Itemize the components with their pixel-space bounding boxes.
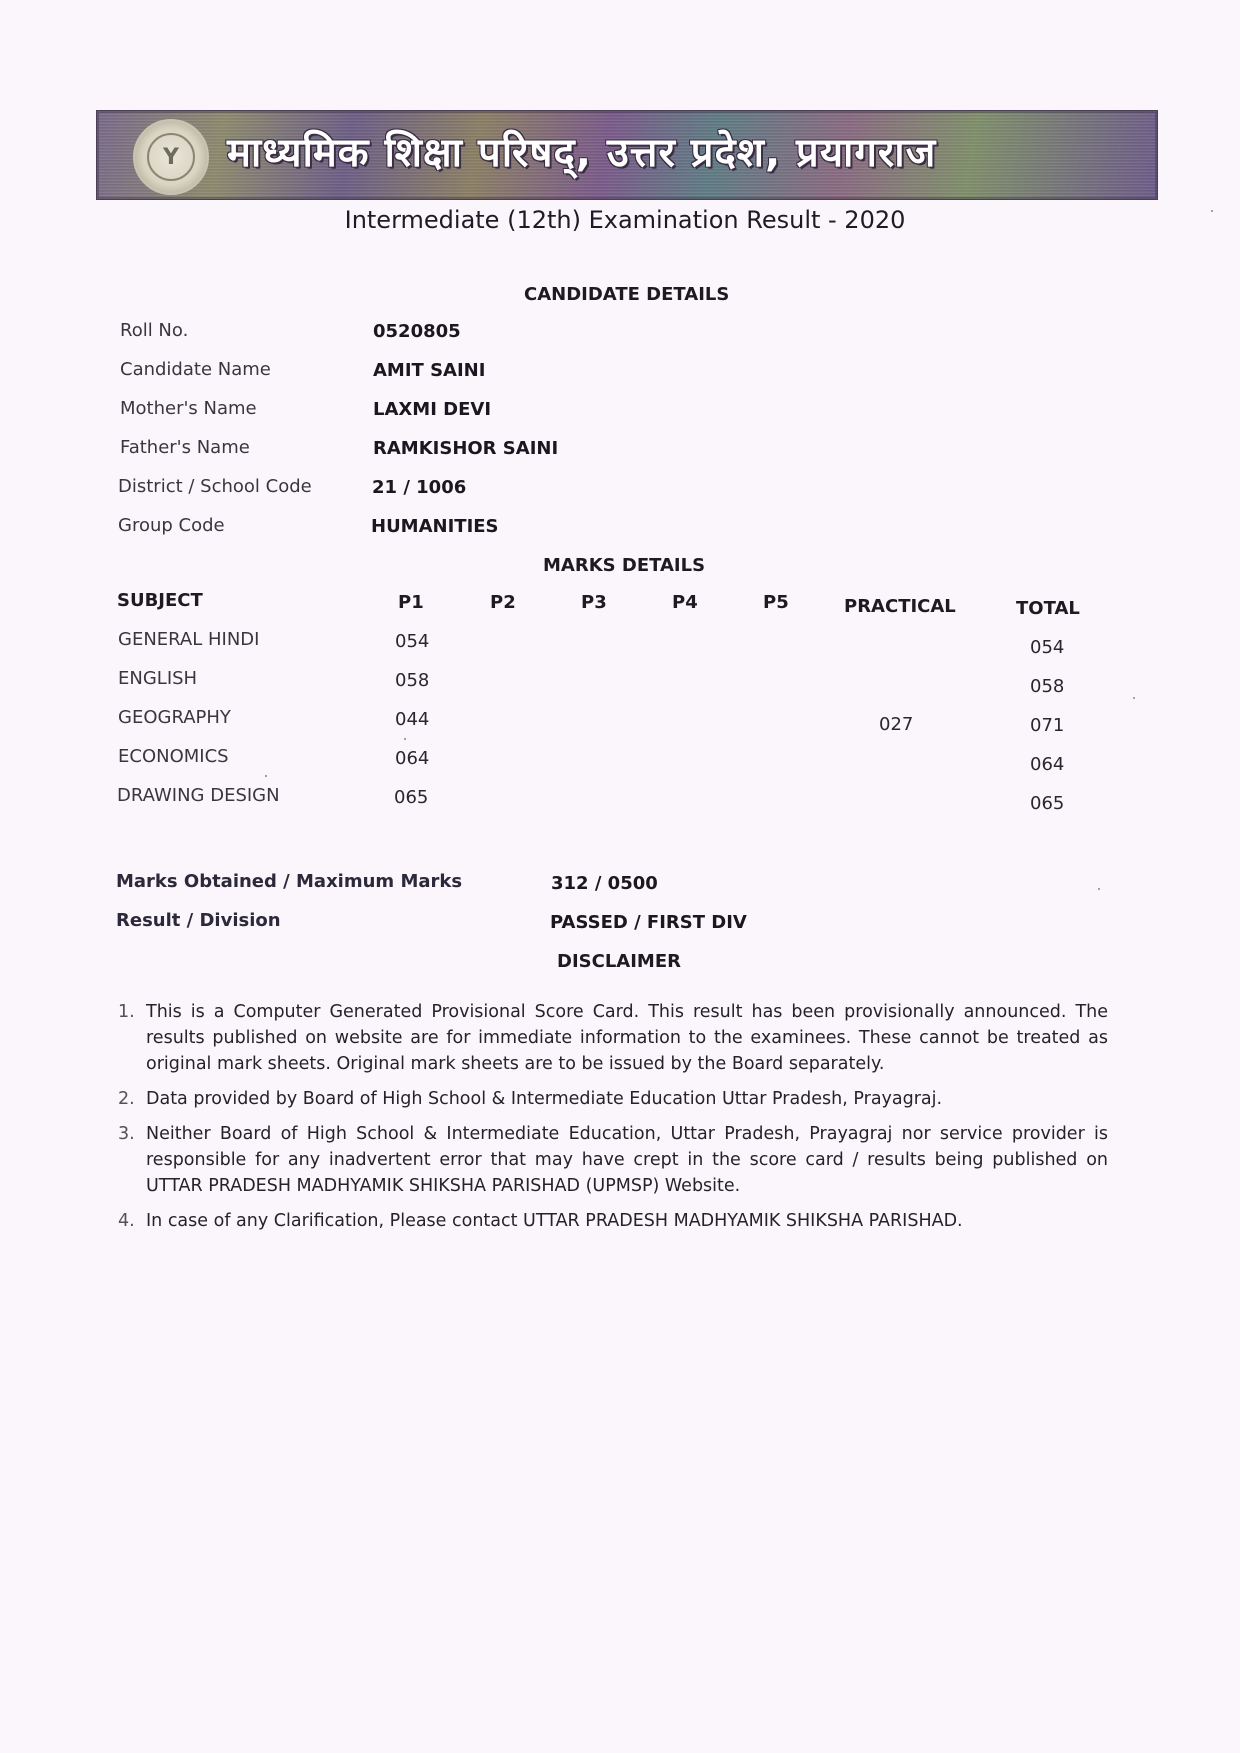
p1-cell: 044	[395, 709, 429, 730]
roll-no-label: Roll No.	[120, 320, 188, 341]
fathers-name-label: Father's Name	[120, 437, 250, 458]
result-division-value: PASSED / FIRST DIV	[550, 912, 747, 933]
col-total: TOTAL	[1016, 598, 1080, 619]
result-division-label: Result / Division	[116, 910, 281, 931]
p1-cell: 058	[395, 670, 429, 691]
scan-speck	[265, 775, 267, 777]
disclaimer-list: 1. This is a Computer Generated Provisio…	[118, 999, 1108, 1243]
col-subject: SUBJECT	[117, 590, 203, 611]
scan-speck	[1098, 888, 1100, 890]
disclaimer-item: 1. This is a Computer Generated Provisio…	[118, 999, 1108, 1077]
marks-obtained-label: Marks Obtained / Maximum Marks	[116, 871, 462, 892]
fathers-name-value: RAMKISHOR SAINI	[373, 438, 558, 459]
subject-cell: ECONOMICS	[118, 746, 229, 767]
disclaimer-item: 4. In case of any Clarification, Please …	[118, 1208, 1108, 1234]
header-banner: Y माध्यमिक शिक्षा परिषद्, उत्तर प्रदेश, …	[96, 110, 1158, 200]
subject-cell: DRAWING DESIGN	[117, 785, 280, 806]
col-practical: PRACTICAL	[844, 596, 956, 617]
practical-cell: 027	[879, 714, 913, 735]
disclaimer-item: 2. Data provided by Board of High School…	[118, 1086, 1108, 1112]
candidate-name-label: Candidate Name	[120, 359, 271, 380]
result-document: Y माध्यमिक शिक्षा परिषद्, उत्तर प्रदेश, …	[0, 0, 1240, 1753]
disclaimer-heading: DISCLAIMER	[557, 951, 681, 972]
candidate-details-heading: CANDIDATE DETAILS	[524, 284, 729, 305]
up-government-emblem-icon: Y	[133, 119, 209, 195]
roll-no-value: 0520805	[373, 321, 461, 342]
subject-cell: ENGLISH	[118, 668, 197, 689]
col-p5: P5	[763, 592, 789, 613]
mothers-name-value: LAXMI DEVI	[373, 399, 491, 420]
total-cell: 054	[1030, 637, 1064, 658]
mothers-name-label: Mother's Name	[120, 398, 257, 419]
disclaimer-item-text: Neither Board of High School & Intermedi…	[146, 1124, 1108, 1196]
subject-cell: GEOGRAPHY	[118, 707, 231, 728]
disclaimer-item-number: 2.	[118, 1086, 135, 1112]
district-school-code-label: District / School Code	[118, 476, 312, 497]
col-p1: P1	[398, 592, 424, 613]
district-school-code-value: 21 / 1006	[372, 477, 466, 498]
marks-details-heading: MARKS DETAILS	[543, 555, 705, 576]
total-cell: 065	[1030, 793, 1064, 814]
emblem-inner: Y	[147, 133, 195, 181]
subject-cell: GENERAL HINDI	[118, 629, 259, 650]
scan-speck	[404, 738, 406, 740]
marks-obtained-value: 312 / 0500	[551, 873, 658, 894]
scan-speck	[1211, 210, 1213, 212]
total-cell: 071	[1030, 715, 1064, 736]
total-cell: 058	[1030, 676, 1064, 697]
exam-title-text: Intermediate (12th) Examination Result -…	[345, 206, 906, 234]
disclaimer-item-number: 3.	[118, 1121, 135, 1147]
candidate-name-value: AMIT SAINI	[373, 360, 485, 381]
p1-cell: 065	[394, 787, 428, 808]
p1-cell: 064	[395, 748, 429, 769]
total-cell: 064	[1030, 754, 1064, 775]
group-code-value: HUMANITIES	[371, 516, 499, 537]
group-code-label: Group Code	[118, 515, 225, 536]
col-p3: P3	[581, 592, 607, 613]
disclaimer-item-text: Data provided by Board of High School & …	[146, 1089, 942, 1109]
scan-speck	[1133, 697, 1135, 699]
col-p4: P4	[672, 592, 698, 613]
disclaimer-item-text: In case of any Clarification, Please con…	[146, 1211, 963, 1231]
p1-cell: 054	[395, 631, 429, 652]
col-p2: P2	[490, 592, 516, 613]
board-name-hindi: माध्यमिक शिक्षा परिषद्, उत्तर प्रदेश, प्…	[227, 123, 936, 178]
disclaimer-item-text: This is a Computer Generated Provisional…	[146, 1002, 1108, 1074]
exam-title: Intermediate (12th) Examination Result -…	[0, 206, 1240, 234]
disclaimer-item: 3. Neither Board of High School & Interm…	[118, 1121, 1108, 1199]
disclaimer-item-number: 4.	[118, 1208, 135, 1234]
disclaimer-item-number: 1.	[118, 999, 135, 1025]
